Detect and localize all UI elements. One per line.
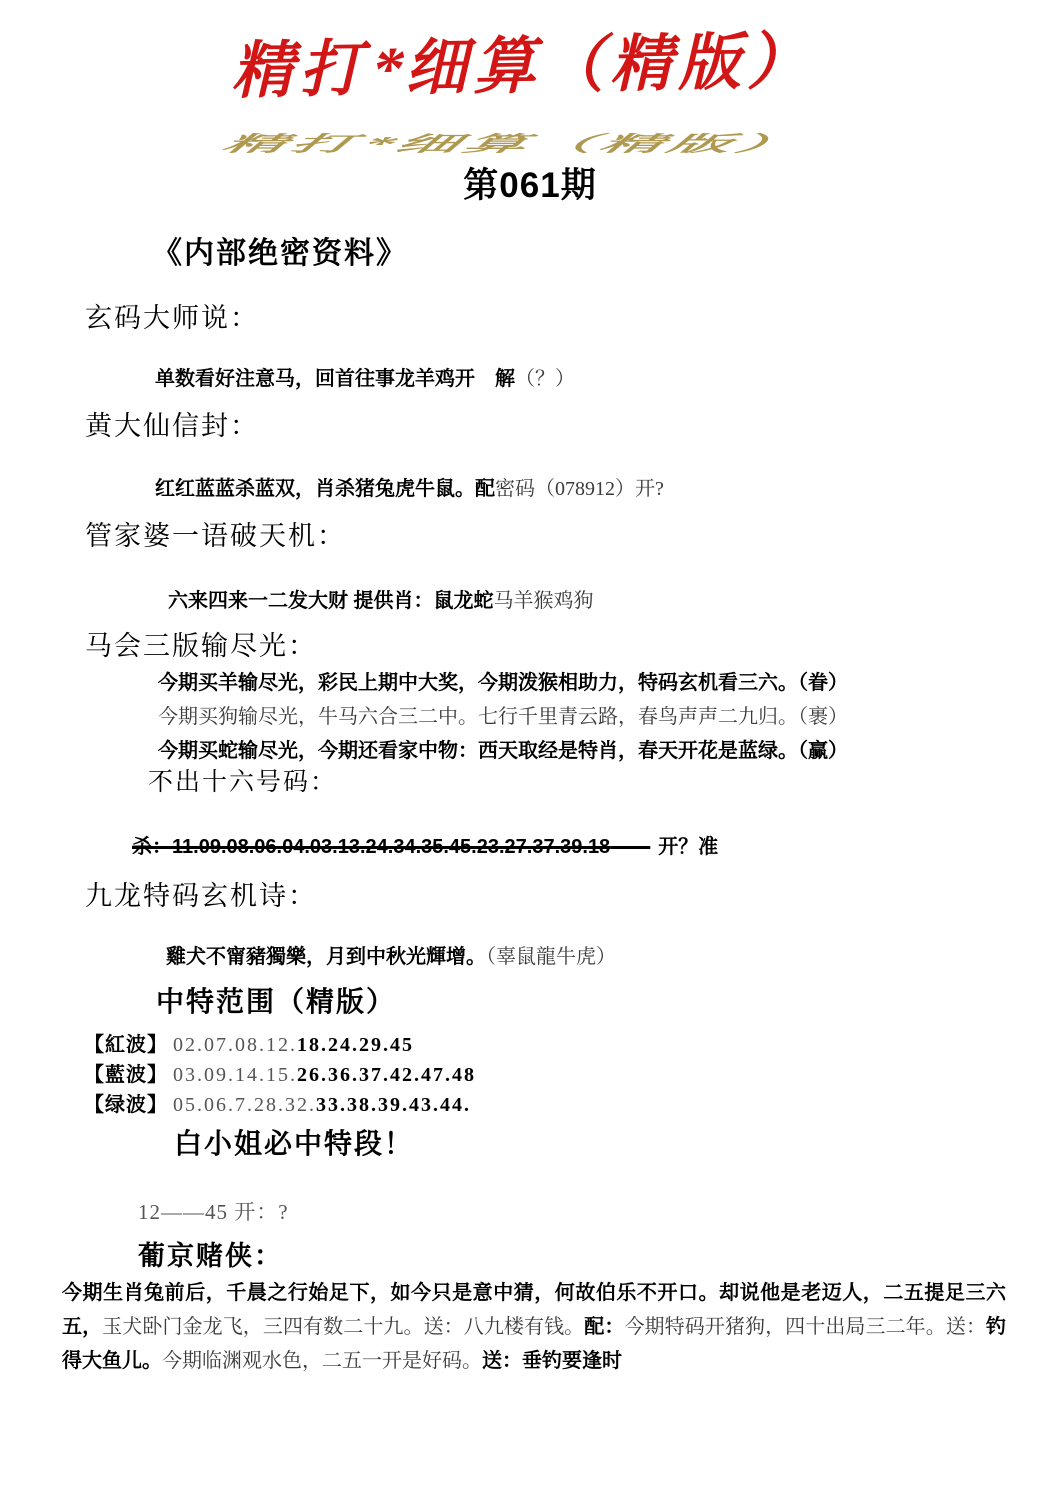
tip-line-guanjiapo-main: 六来四来一二发大财 提供肖：鼠龙蛇 — [168, 590, 494, 612]
tip-line-guanjiapo-tail: 马羊猴鸡狗 — [494, 590, 594, 612]
kill-numbers-struck: 杀：11.09.08.06.04.03.13.24.34.35.45.23.27… — [132, 836, 650, 858]
kill-dash: —— — [610, 836, 650, 858]
wave-label-blue: 【藍波】 — [84, 1064, 168, 1086]
special-range-line: 12——45 开：? — [138, 1196, 289, 1226]
poem-line: 雞犬不甯豬獨樂，月到中秋光輝增。（辜鼠龍牛虎） — [166, 940, 616, 969]
wave-green-light-numbers: 05.06.7.28.32. — [173, 1094, 316, 1116]
wave-label-red: 【紅波】 — [84, 1034, 168, 1056]
subtitle-secret-material: 《内部绝密资料》 — [152, 228, 408, 272]
pujing-segment-3: 配： — [584, 1316, 624, 1338]
tip-line-xuanma: 单数看好注意马，回首往事龙羊鸡开 解（？） — [155, 362, 575, 391]
wave-red-dark-numbers: 18.24.29.45 — [297, 1034, 414, 1056]
wave-blue-dark-numbers: 26.36.37.42.47.48 — [297, 1064, 476, 1086]
kill-prefix: 杀： — [132, 836, 172, 858]
section-heading-buchu: 不出十六号码： — [148, 762, 337, 798]
art-title-inner: 精打*细算（精版） 精打*细算（精版） — [239, 16, 820, 105]
art-title: 精打*细算（精版） 精打*细算（精版） — [0, 16, 1060, 166]
tip-line-huangdaxian-main: 红红蓝蓝杀蓝双，肖杀猪兔虎牛鼠。配 — [155, 478, 495, 500]
wave-blue-light-numbers: 03.09.14.15. — [173, 1064, 297, 1086]
kill-tail: 开？准 — [658, 836, 718, 858]
wave-row-green: 【绿波】 05.06.7.28.32.33.38.39.43.44. — [84, 1090, 476, 1120]
tip-line-huangdaxian-tail: 密码（078912）开? — [495, 478, 664, 500]
section-heading-jiulong: 九龙特码玄机诗： — [85, 874, 317, 913]
wave-row-red: 【紅波】 02.07.08.12.18.24.29.45 — [84, 1030, 476, 1060]
pujing-segment-6: 今期临渊观水色，二五一开是好码。 — [162, 1350, 482, 1372]
section-heading-zhongte: 中特范围（精版） — [156, 980, 396, 1020]
tip-sheet-page: 精打*细算（精版） 精打*细算（精版） 第061期 《内部绝密资料》 玄码大师说… — [0, 0, 1060, 1500]
wave-row-blue: 【藍波】 03.09.14.15.26.36.37.42.47.48 — [84, 1060, 476, 1090]
tip-line-xuanma-main: 单数看好注意马，回首往事龙羊鸡开 解 — [155, 368, 515, 390]
tip-line-huangdaxian: 红红蓝蓝杀蓝双，肖杀猪兔虎牛鼠。配密码（078912）开? — [155, 472, 664, 501]
wave-label-green: 【绿波】 — [84, 1094, 168, 1116]
pujing-segment-7: 送：垂钓要逢时 — [482, 1350, 622, 1372]
wave-green-dark-numbers: 33.38.39.43.44. — [316, 1094, 471, 1116]
wave-red-light-numbers: 02.07.08.12. — [173, 1034, 297, 1056]
section-heading-guanjiapo: 管家婆一语破天机： — [85, 514, 346, 553]
shujinguang-lines: 今期买羊输尽光，彩民上期中大奖，今期泼猴相助力，特码玄机看三六。（眷） 今期买狗… — [158, 666, 848, 768]
kill-numbers-line: 杀：11.09.08.06.04.03.13.24.34.35.45.23.27… — [132, 830, 718, 859]
issue-number: 第061期 — [0, 158, 1060, 208]
art-title-red-text: 精打*细算（精版） — [228, 11, 832, 110]
wave-number-rows: 【紅波】 02.07.08.12.18.24.29.45 【藍波】 03.09.… — [84, 1030, 476, 1120]
shujinguang-line-1: 今期买羊输尽光，彩民上期中大奖，今期泼猴相助力，特码玄机看三六。（眷） — [158, 666, 848, 700]
pujing-segment-2: 玉犬卧门金龙飞，三四有数二十九。送：八九楼有钱。 — [102, 1316, 584, 1338]
pujing-segment-4: 今期特码开猪狗，四十出局三二年。送： — [624, 1316, 986, 1338]
shujinguang-line-2: 今期买狗输尽光，牛马六合三二中。七行千里青云路，春鸟声声二九归。（裹） — [158, 700, 848, 734]
tip-line-guanjiapo: 六来四来一二发大财 提供肖：鼠龙蛇马羊猴鸡狗 — [168, 584, 594, 613]
poem-main: 雞犬不甯豬獨樂，月到中秋光輝增。 — [166, 946, 486, 968]
kill-numbers: 11.09.08.06.04.03.13.24.34.35.45.23.27.3… — [172, 836, 610, 858]
pujing-paragraph: 今期生肖兔前后，千晨之行始足下，如今只是意中猜，何故伯乐不开口。却说他是老迈人，… — [62, 1276, 1006, 1378]
art-title-gold-shadow: 精打*细算（精版） — [213, 127, 830, 157]
poem-tail: （辜鼠龍牛虎） — [486, 946, 616, 968]
section-heading-huangdaxian: 黄大仙信封： — [85, 404, 259, 443]
section-heading-pujing: 葡京赌侠： — [138, 1234, 283, 1273]
section-heading-mahui: 马会三版输尽光： — [85, 624, 317, 663]
tip-line-xuanma-tail: （？） — [515, 368, 575, 390]
section-heading-baixiaojie: 白小姐必中特段！ — [174, 1122, 414, 1162]
section-heading-xuanma-master: 玄码大师说： — [85, 296, 259, 335]
